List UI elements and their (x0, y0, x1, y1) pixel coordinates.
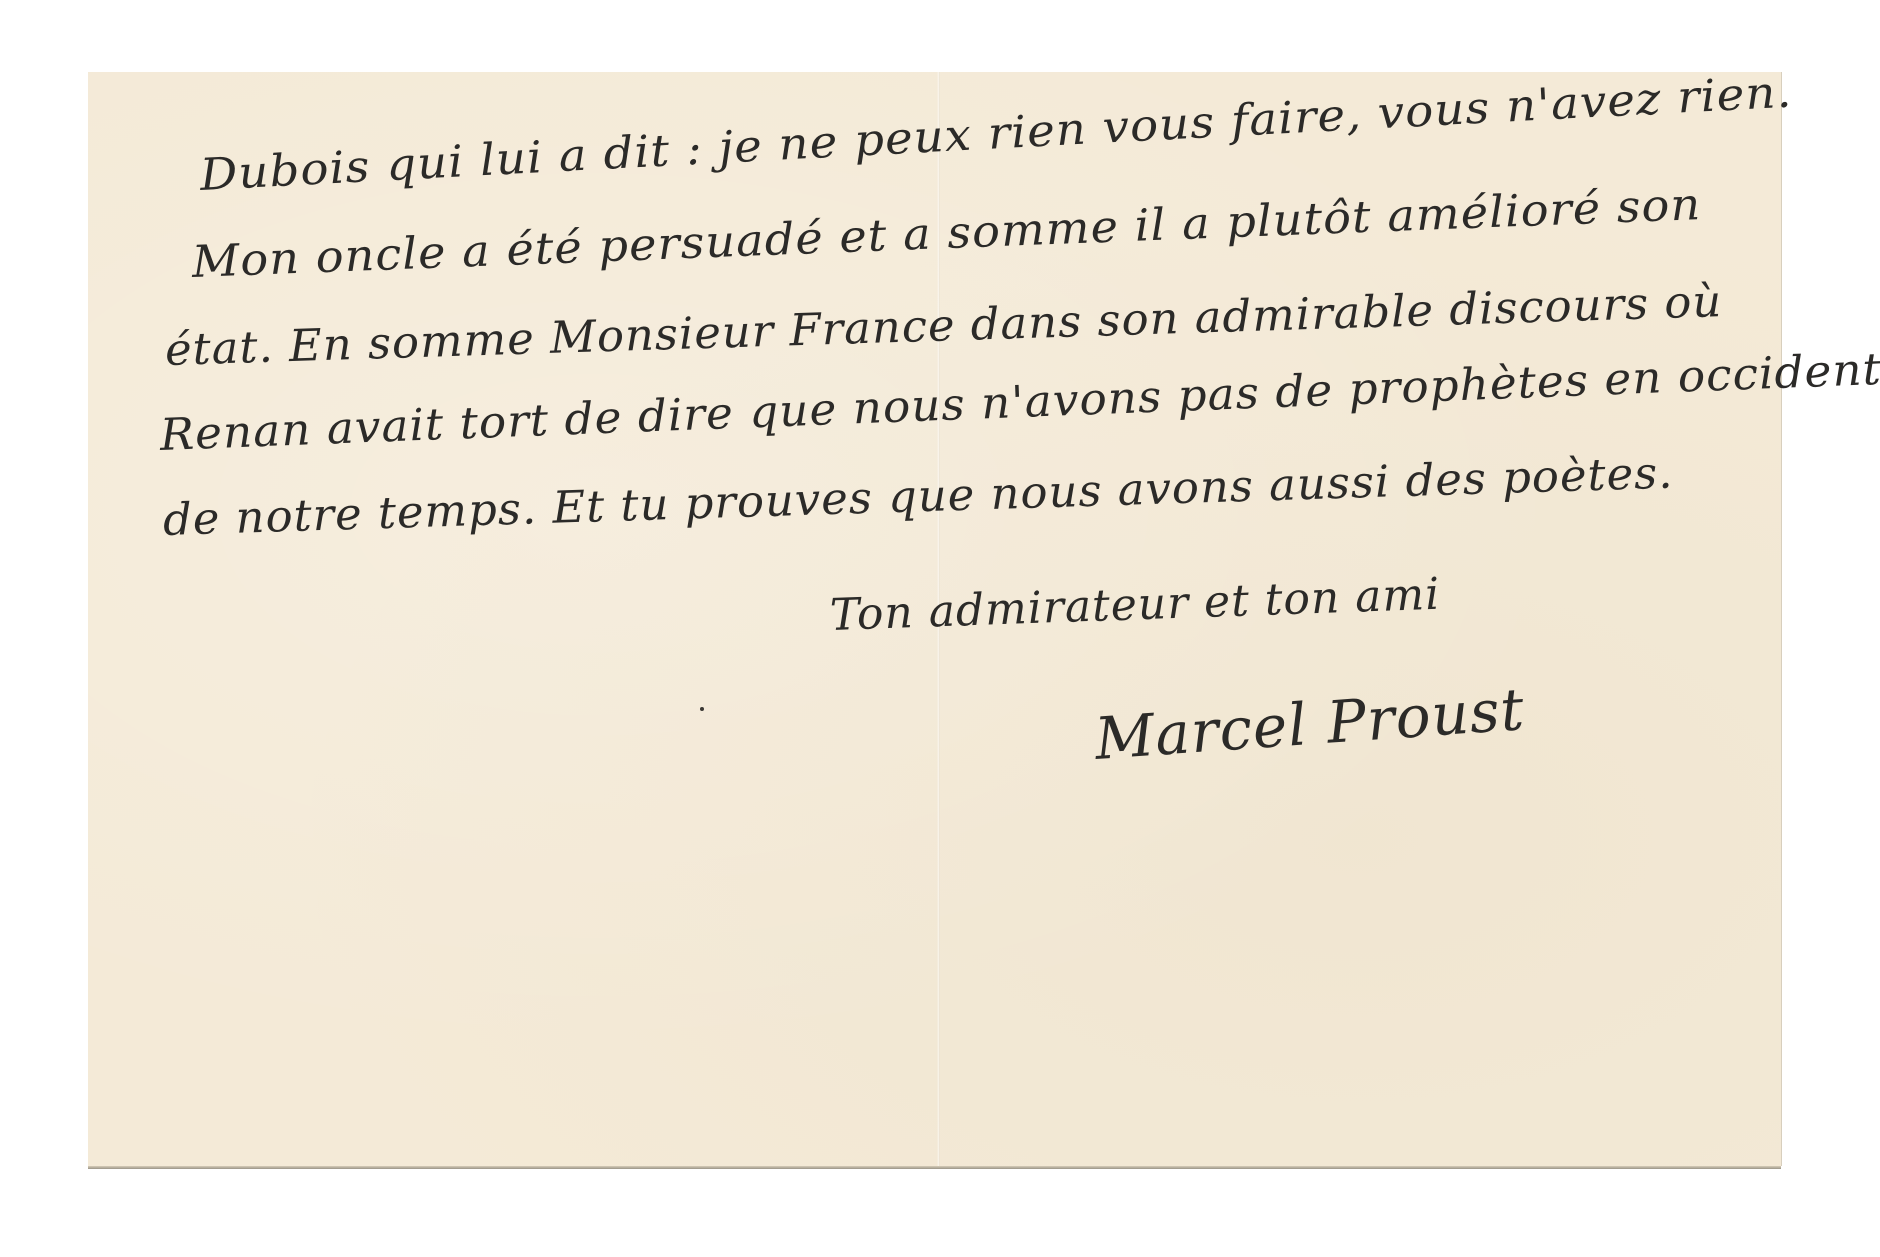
paper-bottom-edge (88, 1166, 1781, 1169)
ink-dot (700, 707, 704, 711)
